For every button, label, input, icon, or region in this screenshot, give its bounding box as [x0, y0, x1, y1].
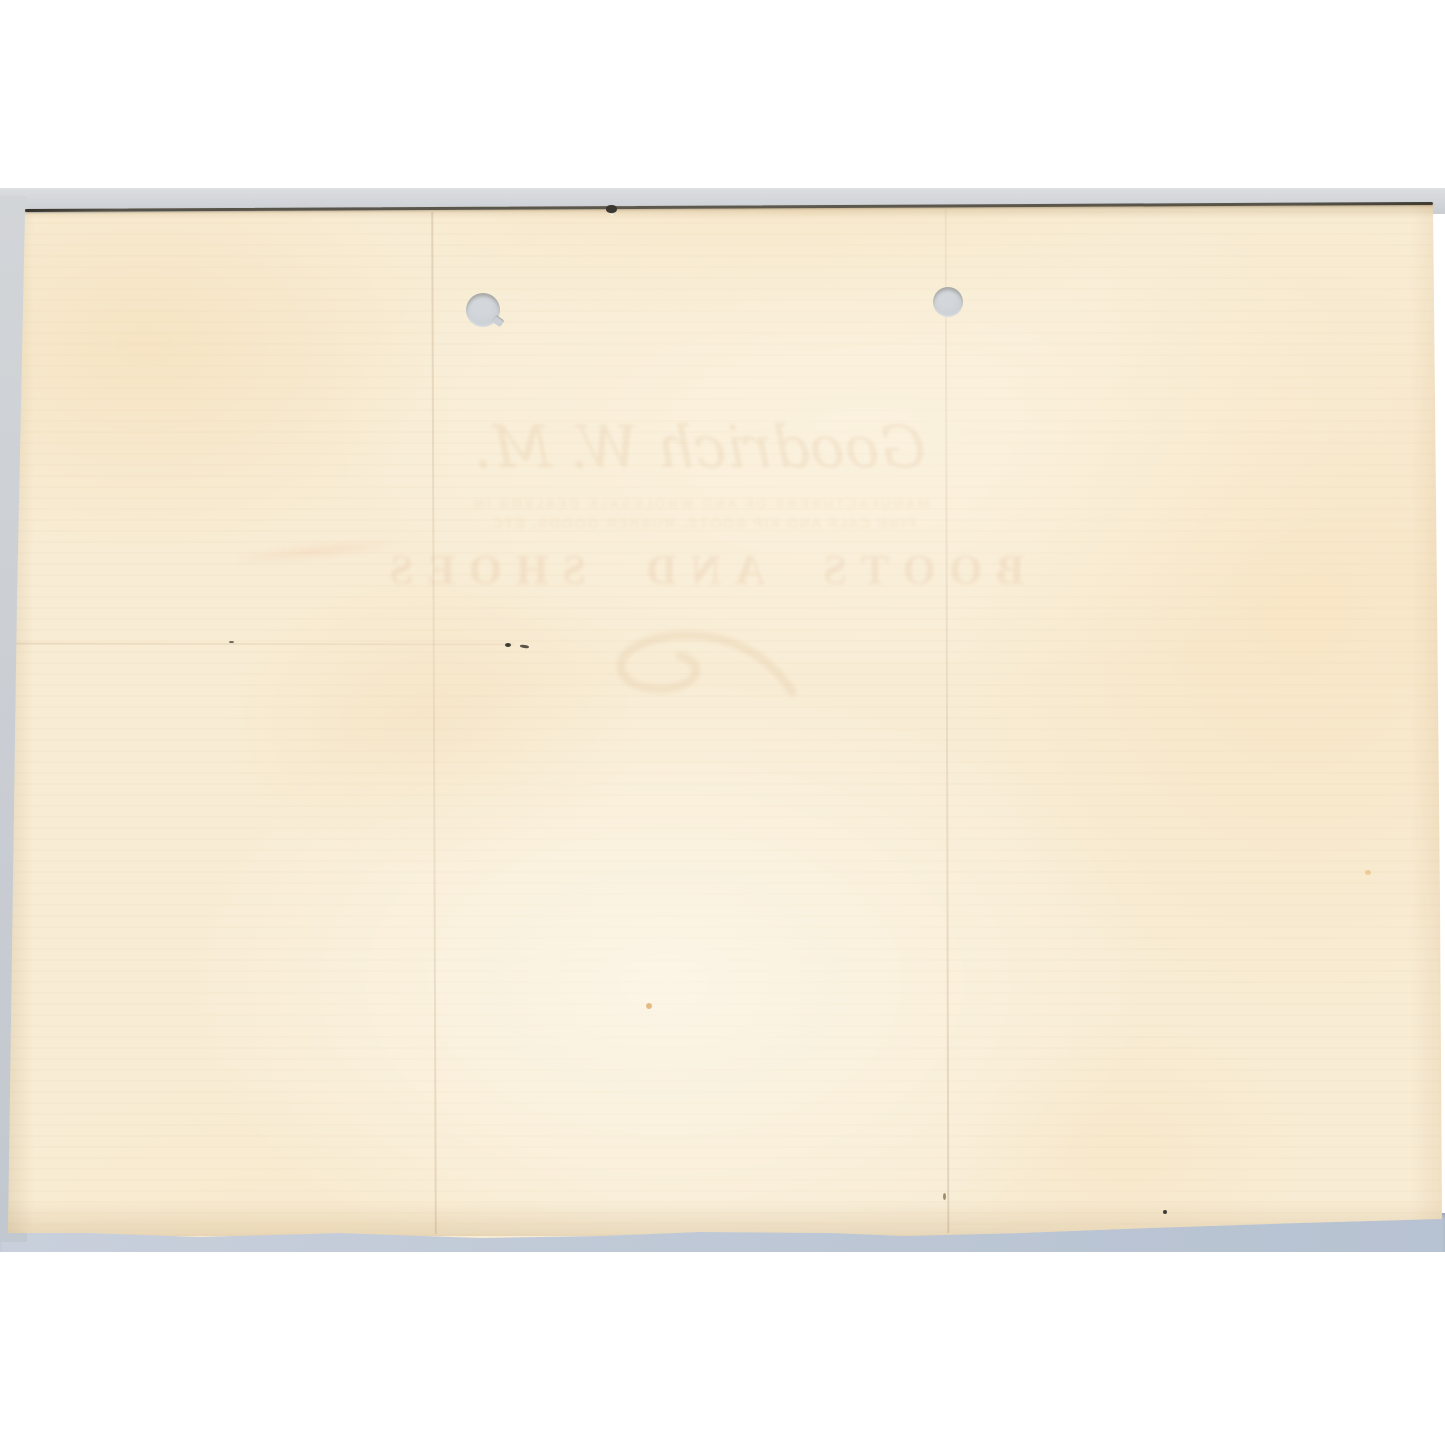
paper-inner-shade-right	[1410, 200, 1445, 1230]
ink-speck	[943, 1193, 946, 1200]
stain-fleck	[1365, 870, 1371, 875]
top-edge-notch	[606, 205, 617, 213]
ink-speck	[505, 643, 511, 647]
stain-fleck-cluster	[0, 0, 18, 8]
ghost-line-caps: BOOTS AND SHOES	[300, 547, 1100, 595]
stain-fleck	[646, 1003, 652, 1009]
ghost-line-small-1: MANUFACTURERS OF AND WHOLESALE DEALERS I…	[300, 494, 1100, 513]
listing-canvas: Goodrich W. M. MANUFACTURERS OF AND WHOL…	[0, 0, 1445, 1445]
punch-hole-right	[933, 287, 963, 317]
ghost-line-script: Goodrich W. M.	[300, 412, 1100, 482]
ghost-signature-flourish	[600, 622, 800, 707]
ghost-line-small-2: FINE CALF AND KIP BOOTS, RUBBER GOODS, E…	[300, 513, 1100, 533]
ink-speck	[1163, 1210, 1167, 1214]
punch-hole-left	[466, 293, 500, 327]
ink-speck	[229, 641, 234, 643]
